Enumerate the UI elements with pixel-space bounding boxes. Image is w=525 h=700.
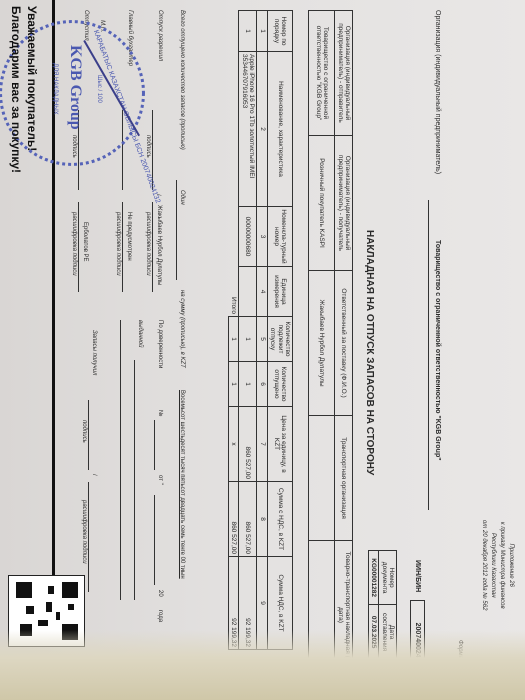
waybill-document: Приложение 26 к приказу Министра финансо… <box>0 0 525 700</box>
issued-line <box>134 360 135 600</box>
row-qty-released: 1 <box>239 362 257 407</box>
row-name: Apple iPhone 16 Pro 1Tb золотистый IMEI … <box>239 52 257 207</box>
release-allowed-label: Отпуск разрешил <box>157 10 163 61</box>
stamp-center-text: KGB Group <box>66 45 84 130</box>
thanks-line-2: Благодарим вас за покупку! <box>9 6 23 173</box>
col-sum-header: Сумма с НДС, в KZT <box>267 482 292 557</box>
col-number: 2 <box>257 52 267 207</box>
qty-words-underline <box>176 180 177 280</box>
receiver-header: Организация (индивидуальный предпринимат… <box>335 136 353 271</box>
total-sum: 860 527,00 <box>228 482 238 557</box>
transport-value <box>309 416 335 541</box>
received-sign-line <box>88 400 89 470</box>
chief-accountant-name: Не предусмотрен <box>126 212 132 261</box>
col-number: 3 <box>257 207 267 267</box>
org-name: Товарищество с ограниченной ответственно… <box>434 240 441 461</box>
total-price: x <box>228 407 238 482</box>
parties-table: Организация (индивидуальный предпринимат… <box>308 10 353 690</box>
slash: / <box>91 474 97 476</box>
row-unit <box>239 267 257 317</box>
thanks-line-1: Уважаемый покупатель! <box>25 6 39 151</box>
total-label: Итого <box>228 11 238 317</box>
receiver-value: Розничный покупатель KASPI <box>309 136 335 271</box>
total-row: Итого 1 1 x 860 527,00 92 199,32 <box>228 11 238 650</box>
appendix-line: от 20 декабря 2012 года № 562 <box>479 520 488 610</box>
iin-label: ИИН/БИН <box>414 560 421 592</box>
sum-words-value: Восемьсот шестьдесят тысяч пятьсот двадц… <box>179 390 185 579</box>
received-label: Запасы получил <box>91 330 97 375</box>
appendix-block: Приложение 26 к приказу Министра финансо… <box>479 520 515 610</box>
document-title: НАКЛАДНАЯ НА ОТПУСК ЗАПАСОВ НА СТОРОНУ <box>364 230 375 475</box>
proxy-year-suffix: года <box>157 610 163 622</box>
responsible-value: Жакыбаев Нурбол Дулатулы <box>309 271 335 416</box>
col-qty-to-release-header: Количество подлежит отпуску <box>267 317 292 362</box>
col-number: 6 <box>257 362 267 407</box>
table-surface <box>0 630 525 700</box>
org-underline <box>428 200 429 510</box>
col-unit-header: Единица измерения <box>267 267 292 317</box>
doc-number-header: Номер документа <box>379 551 397 605</box>
col-number: 8 <box>257 482 267 557</box>
col-number: 4 <box>257 267 267 317</box>
org-caption: Организация (индивидуальный предпринимат… <box>434 10 441 174</box>
decode-caption: расшифровка подписи <box>145 212 151 276</box>
col-no-header: Номер по порядку <box>267 11 292 52</box>
decode-caption: расшифровка подписи <box>81 500 87 564</box>
issued-label: выданной <box>137 320 143 347</box>
col-number: 5 <box>257 317 267 362</box>
decode-caption: расшифровка подписи <box>71 212 77 276</box>
decode-caption: расшифровка подписи <box>115 212 121 276</box>
row-code: 00000000680 <box>239 207 257 267</box>
total-qty-to-release: 1 <box>228 317 238 362</box>
received-name-line <box>88 482 89 592</box>
total-qty-released: 1 <box>228 362 238 407</box>
proxy-date-line <box>154 495 155 585</box>
col-number: 7 <box>257 407 267 482</box>
proxy-no: № <box>157 410 163 416</box>
proxy-label: По доверенности <box>157 320 163 368</box>
stamp-inner-bottom: ДЛЯ НАКЛАДНЫХ <box>52 63 58 115</box>
items-table: Номер по порядку Наименование, характери… <box>228 10 293 650</box>
qty-words-value: Один <box>179 190 185 205</box>
appendix-line: Приложение 26 <box>506 520 515 610</box>
released-name: Ерболатов РЕ <box>82 222 88 262</box>
chief-name-line <box>122 202 123 292</box>
signature-caption: подпись <box>145 135 151 158</box>
table-row: 1 Apple iPhone 16 Pro 1Tb золотистый IME… <box>239 11 257 650</box>
row-qty-to-release: 1 <box>239 317 257 362</box>
release-allowed-name: Жакыбаев Нурбол Дулатулы <box>156 205 162 285</box>
appendix-line: к приказу Министра финансов <box>497 520 506 610</box>
proxy-from: от " <box>157 475 163 485</box>
proxy-no-line <box>154 420 155 470</box>
row-sum: 860 527,00 <box>239 482 257 557</box>
appendix-line: Республики Казахстан <box>488 520 497 610</box>
issued-line-2 <box>120 320 121 600</box>
row-no: 1 <box>239 11 257 52</box>
release-allowed-name-line <box>152 202 153 292</box>
col-number: 1 <box>257 11 267 52</box>
sender-header: Организация (индивидуальный предпринимат… <box>335 11 353 136</box>
sender-value: Товарищество с ограниченной ответственно… <box>309 11 335 136</box>
released-name-line <box>78 202 79 292</box>
row-price: 860 527,00 <box>239 407 257 482</box>
signature-caption: подпись <box>81 420 87 443</box>
transport-header: Транспортная организация <box>335 416 353 541</box>
col-name-header: Наименование, характеристика <box>267 52 292 207</box>
col-price-header: Цена за единицу, в KZT <box>267 407 292 482</box>
doc-number-value: KG00001282 <box>368 551 378 605</box>
stamp-inner-top: Шыс / 100 <box>96 75 102 103</box>
qty-words-label: Всего отпущено количество запасов (пропи… <box>179 10 185 150</box>
sum-words-label: на сумму (прописью), в KZT <box>179 290 185 368</box>
proxy-year: 20 <box>157 590 163 597</box>
col-qty-released-header: Количество отпущено <box>267 362 292 407</box>
responsible-header: Ответственный за поставку (Ф.И.О.) <box>335 271 353 416</box>
col-code-header: Номенкла-турный номер <box>267 207 292 267</box>
